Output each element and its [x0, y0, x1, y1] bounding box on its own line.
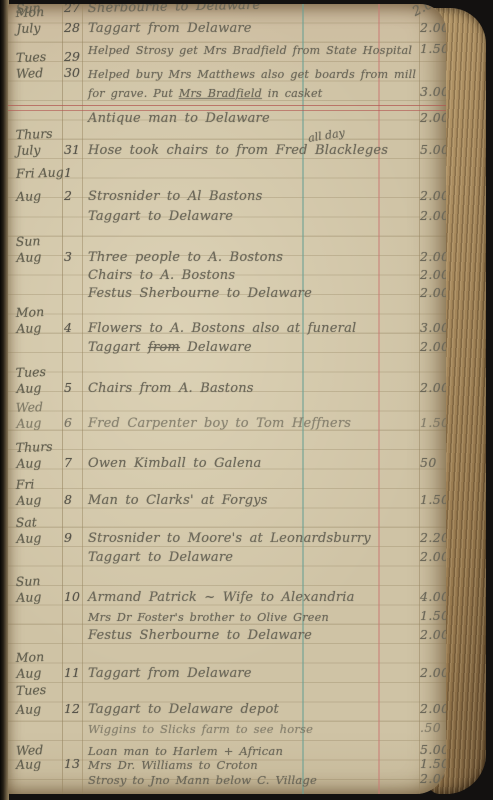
entry-amount: 3.00	[420, 320, 446, 335]
entry-text: Fred Carpenter boy to Tom Heffners	[88, 416, 351, 431]
entry-amount: 2.00	[420, 285, 446, 300]
ledger-row: Festus Sherbourne to Delaware 2.00	[8, 624, 446, 644]
entry-amount: 2.00	[420, 549, 446, 564]
ledger-row: Sun Aug 10 Armand Patrick ~ Wife to Alex…	[8, 586, 446, 606]
entry-amount: 2.00	[420, 339, 446, 354]
entry-date: 30	[64, 65, 90, 80]
entry-amount: 1.50	[420, 492, 446, 507]
entry-date: 3	[64, 249, 90, 264]
ledger-row: Taggart to Delaware 2.00	[8, 546, 446, 566]
ledger-row: Sat Aug 9 Strosnider to Moore's at Leona…	[8, 527, 446, 547]
entry-text: Taggart from Delaware	[88, 340, 252, 355]
entry-amount: 2.00	[420, 110, 446, 125]
margin-note: all day	[307, 126, 345, 145]
entry-text: Sherbourne to Delaware	[88, 4, 261, 16]
entry-text: Mrs Dr Foster's brother to Olive Green	[88, 611, 329, 624]
ledger-row: Sun Aug 3 Three people to A. Bostons 2.0…	[8, 246, 446, 266]
entry-date: 1	[64, 165, 90, 180]
entry-amount: 2.00	[420, 771, 446, 786]
entry-text: Taggart to Delaware	[88, 209, 233, 224]
entry-text: Chairs to A. Bostons	[88, 268, 235, 283]
ledger-row: Festus Sherbourne to Delaware 2.00	[8, 282, 446, 302]
entry-text: Wiggins to Slicks farm to see horse	[88, 722, 313, 736]
ledger-row: Fri Aug 8 Man to Clarks' at Forgys 1.50	[8, 489, 446, 509]
ledger-row: Mrs Dr Foster's brother to Olive Green 1…	[8, 605, 446, 625]
ledger-page: Sun 27 Sherbourne to Delaware 2.00 Mon J…	[8, 4, 446, 794]
entry-text: for grave. Put Mrs Bradfield in casket	[88, 87, 322, 100]
ledger-row: Tues Aug 5 Chairs from A. Bastons 2.00	[8, 377, 446, 397]
entry-amount: 4.00	[420, 589, 446, 604]
entry-text: Strosnider to Al Bastons	[88, 189, 262, 204]
ledger-row: Wed Aug 6 Fred Carpenter boy to Tom Heff…	[8, 412, 446, 432]
entry-date: 12	[64, 701, 90, 716]
entry-text: Armand Patrick ~ Wife to Alexandria	[88, 590, 355, 605]
entry-amount: 2.00	[420, 208, 446, 223]
ledger-row: Thurs July 31 Hose took chairs to from F…	[8, 139, 446, 159]
entry-amount: 5.00	[420, 142, 446, 157]
ledger-row: Aug 12 Taggart to Delaware depot 2.00	[8, 698, 446, 718]
entry-text: Taggart from Delaware	[88, 21, 252, 36]
ledger-row: Chairs to A. Bostons 2.00	[8, 264, 446, 284]
ledger-row: Taggart to Delaware 2.00	[8, 205, 446, 225]
entry-date: 6	[64, 415, 90, 430]
entry-text: Taggart to Delaware depot	[88, 702, 279, 717]
entry-text: Taggart to Delaware	[88, 550, 233, 565]
entry-date: 8	[64, 492, 90, 507]
entry-text: Helped Strosy get Mrs Bradfield from Sta…	[88, 44, 412, 57]
ledger-row: Antique man to Delaware 2.00	[8, 107, 446, 127]
entry-date: 5	[64, 380, 90, 395]
entry-amount: 3.00	[420, 84, 446, 99]
ledger-row: Mon Aug 4 Flowers to A. Bostons also at …	[8, 317, 446, 337]
entry-amount: 1.50	[420, 415, 446, 430]
entry-text: Antique man to Delaware	[88, 111, 270, 126]
entry-text: Strosnider to Moore's at Leonardsburry	[88, 531, 371, 546]
ledger-row: Wed 30 Helped bury Mrs Matthews also get…	[8, 62, 446, 82]
entry-amount: 2.00	[420, 701, 446, 716]
entry-text: Three people to A. Bostons	[88, 250, 283, 265]
entry-amount: 2.00	[420, 380, 446, 395]
entry-amount: 2.00	[420, 267, 446, 282]
ledger-row: Fri Aug 1	[8, 162, 446, 182]
entry-text: Flowers to A. Bostons also at funeral	[88, 321, 356, 336]
entry-amount: 1.50	[420, 608, 446, 623]
entry-amount: 2.00	[420, 627, 446, 642]
ledger-row: Tues 29 Helped Strosy get Mrs Bradfield …	[8, 38, 446, 58]
entry-amount: 1.50	[420, 41, 446, 56]
ledger-row: Thurs Aug 7 Owen Kimball to Galena 50	[8, 452, 446, 472]
entry-text: Helped bury Mrs Matthews also get boards…	[88, 68, 416, 81]
entry-date: 2	[64, 188, 90, 203]
entry-text: Man to Clarks' at Forgys	[88, 493, 268, 508]
entry-amount: 2.00	[420, 249, 446, 264]
ledger-row: Taggart from Delaware 2.00	[8, 336, 446, 356]
ledger-row: Mon July 28 Taggart from Delaware 2.00	[8, 17, 446, 37]
entry-date: 7	[64, 455, 90, 470]
ledger-row: for grave. Put Mrs Bradfield in casket 3…	[8, 81, 446, 101]
entry-amount: .50	[420, 720, 441, 735]
entry-text: Festus Sherbourne to Delaware	[88, 286, 312, 301]
entry-day: Tues	[16, 680, 75, 698]
entry-amount: 2.00	[420, 665, 446, 680]
entry-text: Strosy to Jno Mann below C. Village	[88, 773, 317, 787]
entry-date: 10	[64, 589, 90, 604]
entry-date: 4	[64, 320, 90, 335]
scanned-ledger-photo: Sun 27 Sherbourne to Delaware 2.00 Mon J…	[0, 0, 493, 800]
entry-text: Chairs from A. Bastons	[88, 381, 254, 396]
entry-date: 11	[64, 665, 90, 680]
entry-date: 31	[64, 142, 90, 157]
entry-text: Hose took chairs to from Fred Blackleges	[88, 143, 388, 158]
ledger-row: Tues	[8, 679, 446, 699]
entry-text: Festus Sherbourne to Delaware	[88, 628, 312, 643]
ledger-row: Wiggins to Slicks farm to see horse .50	[8, 717, 446, 737]
entry-amount: 2.00	[420, 188, 446, 203]
ledger-row: Strosy to Jno Mann below C. Village 2.00	[8, 768, 446, 788]
entry-date: 9	[64, 530, 90, 545]
entry-amount: 50	[420, 455, 437, 470]
entry-amount: 2.20	[420, 530, 446, 545]
entry-date: 28	[64, 20, 90, 35]
entry-text: Owen Kimball to Galena	[88, 456, 261, 471]
entry-amount: 2.00	[420, 20, 446, 35]
ledger-row: Aug 2 Strosnider to Al Bastons 2.00	[8, 185, 446, 205]
